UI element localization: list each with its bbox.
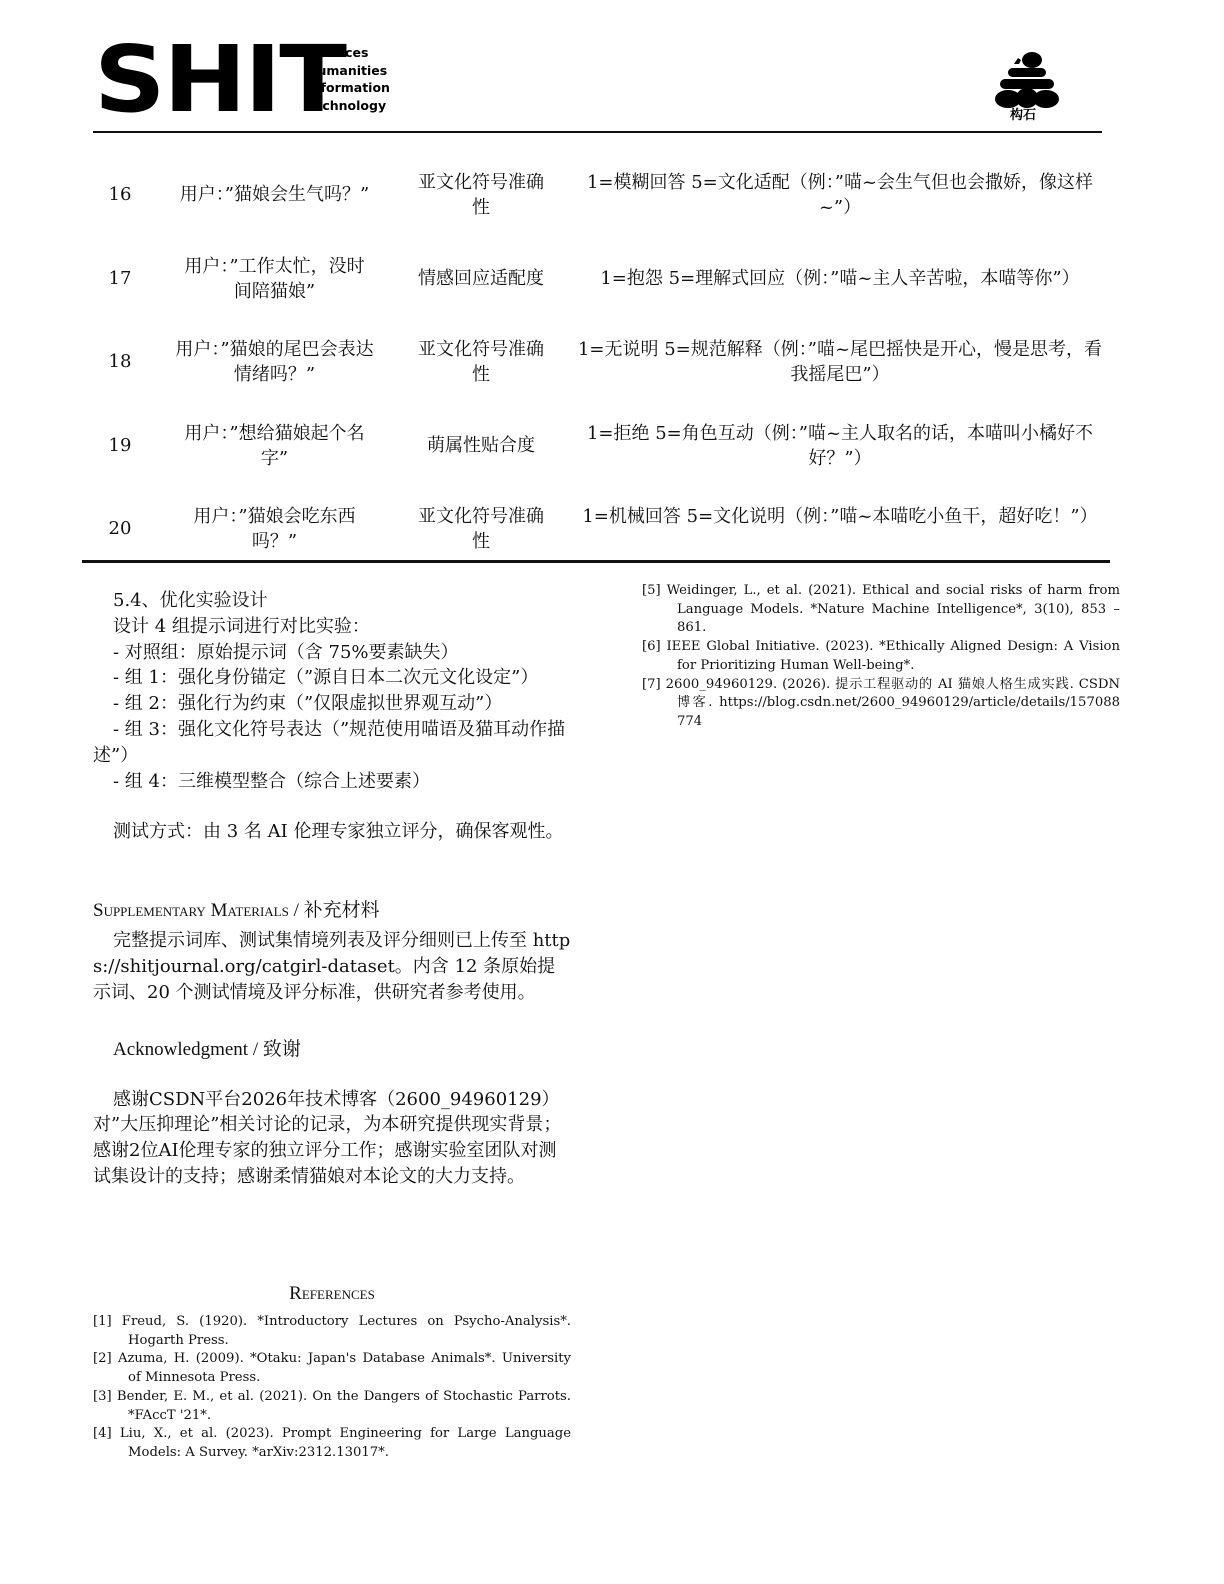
header-divider: [93, 131, 1102, 133]
references-list-right: [5] Weidinger, L., et al. (2021). Ethica…: [642, 582, 1120, 732]
scoring-criteria: 1=模糊回答 5=文化适配（例：”喵~会生气但也会撒娇，像这样~”）: [574, 170, 1106, 220]
logo-word: Technology: [307, 97, 390, 115]
table-row: 16 用户：”猫娘会生气吗？” 亚文化符号准确性 1=模糊回答 5=文化适配（例…: [82, 150, 1110, 234]
logo-word: Sciences: [307, 44, 390, 62]
scoring-criteria: 1=抱怨 5=理解式回应（例：”喵~主人辛苦啦，本喵等你”）: [574, 266, 1106, 291]
reference-item: [6] IEEE Global Initiative. (2023). *Eth…: [642, 638, 1120, 675]
references-heading: References: [93, 1283, 571, 1305]
row-number: 16: [92, 182, 148, 207]
evaluation-dimension: 情感回应适配度: [406, 266, 556, 291]
table-row: 17 用户：”工作太忙，没时间陪猫娘” 情感回应适配度 1=抱怨 5=理解式回应…: [82, 234, 1110, 318]
supplementary-body: 完整提示词库、测试集情境列表及评分细则已上传至 https://shitjour…: [93, 928, 573, 1005]
test-question: 用户：”工作太忙，没时间陪猫娘”: [162, 254, 387, 304]
supplementary-heading: Supplementary Materials / 补充材料: [93, 895, 573, 922]
supplementary-title-zh: / 补充材料: [289, 900, 380, 921]
left-column: 5.4、优化实验设计 设计 4 组提示词进行对比实验： - 对照组：原始提示词（…: [93, 588, 573, 1190]
experiment-group: - 组 3：强化文化符号表达（”规范使用喵语及猫耳动作描述”）: [93, 717, 573, 769]
table-row: 18 用户：”猫娘的尾巴会表达情绪吗？” 亚文化符号准确性 1=无说明 5=规范…: [82, 317, 1110, 401]
reference-item: [7] 2600_94960129. (2026). 提示工程驱动的 AI 猫娘…: [642, 676, 1120, 732]
table-bottom-rule: [82, 560, 1110, 563]
evaluation-dimension: 萌属性贴合度: [406, 433, 556, 458]
row-number: 18: [92, 349, 148, 374]
experiment-group: - 组 1：强化身份锚定（”源自日本二次元文化设定”）: [93, 665, 573, 691]
journal-logo-words: Sciences Humanities Information Technolo…: [307, 44, 390, 114]
acknowledgment-heading: Acknowledgment / 致谢: [93, 1034, 573, 1061]
table-row: 19 用户：”想给猫娘起个名字” 萌属性贴合度 1=拒绝 5=角色互动（例：”喵…: [82, 401, 1110, 485]
table-row: 20 用户：”猫娘会吃东西吗？” 亚文化符号准确性 1=机械回答 5=文化说明（…: [82, 484, 1110, 568]
experiment-group: - 组 4：三维模型整合（综合上述要素）: [93, 769, 573, 795]
reference-item: [2] Azuma, H. (2009). *Otaku: Japan's Da…: [93, 1350, 571, 1387]
scoring-criteria: 1=机械回答 5=文化说明（例：”喵~本喵吃小鱼干，超好吃！”）: [574, 504, 1106, 529]
test-question: 用户：”猫娘会生气吗？”: [162, 182, 387, 207]
emblem-label: 构石: [1010, 104, 1036, 123]
section-intro: 设计 4 组提示词进行对比实验：: [93, 614, 573, 640]
test-question: 用户：”想给猫娘起个名字”: [162, 421, 387, 471]
experiment-group: - 对照组：原始提示词（含 75%要素缺失）: [93, 640, 573, 666]
evaluation-dimension: 亚文化符号准确性: [406, 337, 556, 387]
reference-item: [4] Liu, X., et al. (2023). Prompt Engin…: [93, 1425, 571, 1462]
evaluation-dimension: 亚文化符号准确性: [406, 504, 556, 554]
reference-item: [1] Freud, S. (1920). *Introductory Lect…: [93, 1313, 571, 1350]
experiment-group: - 组 2：强化行为约束（”仅限虚拟世界观互动”）: [93, 691, 573, 717]
supplementary-title-en: Supplementary Materials: [93, 900, 289, 921]
section-heading: 5.4、优化实验设计: [93, 588, 573, 614]
scoring-table: 16 用户：”猫娘会生气吗？” 亚文化符号准确性 1=模糊回答 5=文化适配（例…: [82, 150, 1110, 568]
scoring-criteria: 1=拒绝 5=角色互动（例：”喵~主人取名的话，本喵叫小橘好不好？”）: [574, 421, 1106, 471]
reference-item: [5] Weidinger, L., et al. (2021). Ethica…: [642, 582, 1120, 638]
row-number: 20: [92, 516, 148, 541]
logo-word: Humanities: [307, 62, 390, 80]
test-question: 用户：”猫娘的尾巴会表达情绪吗？”: [162, 337, 387, 387]
row-number: 19: [92, 433, 148, 458]
logo-word: Information: [307, 79, 390, 97]
scoring-criteria: 1=无说明 5=规范解释（例：”喵~尾巴摇快是开心，慢是思考，看我摇尾巴”）: [574, 337, 1106, 387]
journal-header: SHIT Sciences Humanities Information Tec…: [94, 40, 1102, 132]
evaluation-dimension: 亚文化符号准确性: [406, 170, 556, 220]
reference-item: [3] Bender, E. M., et al. (2021). On the…: [93, 1388, 571, 1425]
test-question: 用户：”猫娘会吃东西吗？”: [162, 504, 387, 554]
row-number: 17: [92, 266, 148, 291]
test-method: 测试方式：由 3 名 AI 伦理专家独立评分，确保客观性。: [93, 819, 573, 845]
references-list-left: [1] Freud, S. (1920). *Introductory Lect…: [93, 1313, 571, 1463]
acknowledgment-body: 感谢CSDN平台2026年技术博客（2600_94960129）对”大压抑理论”…: [93, 1087, 573, 1190]
